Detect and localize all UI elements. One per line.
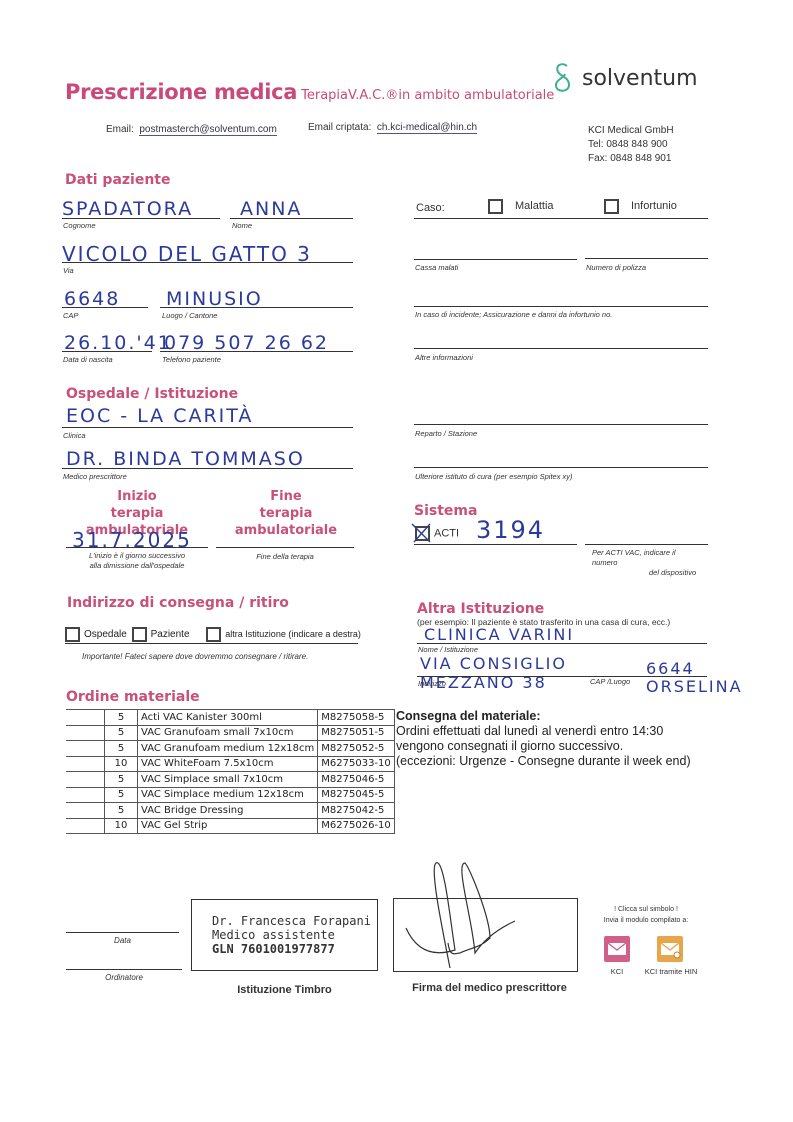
hospital-section-title: Ospedale / Istituzione [66,386,238,402]
other-institution-zipcity-value[interactable]: 6644 ORSELINA [646,660,756,696]
page-title: Prescrizione medicaTerapiaV.A.C.®in ambi… [65,80,554,104]
company-info: KCI Medical GmbH Tel: 0848 848 900 Fax: … [588,124,674,166]
code-cell: M8275051-5 [318,725,395,741]
delivery-section-title: Indirizzo di consegna / ritiro [67,595,289,611]
table-row: 10 VAC WhiteFoam 7.5x10cm M6275033-10 [66,756,394,772]
code-cell: M8275042-5 [318,803,395,819]
institution-stamp-box: Dr. Francesca Forapani Medico assistente… [191,899,378,971]
item-cell: VAC Simplace small 7x10cm [138,772,318,788]
encrypted-email-row: Email criptata: ch.kci-medical@hin.ch [308,122,477,133]
item-cell: VAC Bridge Dressing [138,803,318,819]
solventum-logo-icon [552,62,574,94]
delivery-options: Ospedale Paziente altra Istituzione (ind… [65,627,361,642]
checkbox[interactable] [206,627,221,642]
item-cell: VAC Gel Strip [138,818,318,834]
system-section-title: Sistema [414,503,477,519]
therapy-start-value[interactable]: 31.7.2025 [72,528,192,552]
device-number-value[interactable]: 3194 [476,516,545,544]
patient-section-title: Dati paziente [65,172,171,188]
other-institution-address-value[interactable]: VIA CONSIGLIO MEZZANO 38 [420,654,650,692]
qty-cell[interactable]: 5 [105,710,138,726]
system-option-acti[interactable]: ACTI [415,526,459,541]
qty-cell[interactable]: 5 [105,772,138,788]
email-link[interactable]: postmasterch@solventum.com [139,124,276,136]
email-row: Email: postmasterch@solventum.com [106,124,277,135]
surname-value[interactable]: SPADATORA [62,198,193,220]
qty-cell[interactable]: 5 [105,803,138,819]
delivery-option-paziente[interactable]: Paziente [132,629,190,640]
item-cell: VAC Granufoam medium 12x18cm [138,741,318,757]
page-subtitle: TerapiaV.A.C.®in ambito ambulatoriale [301,88,554,103]
qty-cell[interactable]: 5 [105,741,138,757]
table-row: 5 VAC Simplace medium 12x18cm M8275045-5 [66,787,394,803]
item-cell: VAC WhiteFoam 7.5x10cm [138,756,318,772]
delivery-option-ospedale[interactable]: Ospedale [65,629,127,640]
delivery-info: Consegna del materiale: Ordini effettuat… [396,709,691,769]
qty-cell[interactable]: 5 [105,787,138,803]
item-cell: Acti VAC Kanister 300ml [138,710,318,726]
checkbox[interactable] [488,199,503,214]
code-cell: M8275045-5 [318,787,395,803]
check-mark-icon [410,522,432,544]
code-cell: M6275033-10 [318,756,395,772]
checkbox-checked[interactable] [415,526,430,541]
send-hint: ! Clicca sul simbolo ! Invia il modulo c… [596,904,696,926]
name-value[interactable]: ANNA [240,198,302,220]
other-institution-name-value[interactable]: CLINICA VARINI [424,625,574,644]
code-cell: M8275046-5 [318,772,395,788]
table-row: 5 VAC Bridge Dressing M8275042-5 [66,803,394,819]
doctor-value[interactable]: DR. BINDA TOMMASO [66,448,305,470]
checkbox[interactable] [132,627,147,642]
item-cell: VAC Granufoam small 7x10cm [138,725,318,741]
signature-drawing [400,858,550,978]
solventum-logo: solventum [552,62,698,94]
materials-table: 5 Acti VAC Kanister 300ml M8275058-5 5 V… [66,709,395,834]
qty-cell[interactable]: 5 [105,725,138,741]
send-hin-mail-icon[interactable] [657,936,683,962]
checkbox[interactable] [604,199,619,214]
table-row: 5 VAC Granufoam medium 12x18cm M8275052-… [66,741,394,757]
case-option-malattia[interactable]: Malattia [488,199,554,214]
stamp-text: Dr. Francesca Forapani Medico assistente… [212,914,371,956]
code-cell: M8275052-5 [318,741,395,757]
clinic-value[interactable]: EOC - LA CARITÀ [66,405,253,427]
qty-cell[interactable]: 10 [105,756,138,772]
delivery-option-altra[interactable]: altra Istituzione (indicare a destra) [206,629,361,640]
qty-cell[interactable]: 10 [105,818,138,834]
send-kci-mail-icon[interactable] [604,936,630,962]
encrypted-email-link[interactable]: ch.kci-medical@hin.ch [377,122,477,134]
table-row: 5 VAC Granufoam small 7x10cm M8275051-5 [66,725,394,741]
table-row: 10 VAC Gel Strip M6275026-10 [66,818,394,834]
code-cell: M6275026-10 [318,818,395,834]
code-cell: M8275058-5 [318,710,395,726]
table-row: 5 VAC Simplace small 7x10cm M8275046-5 [66,772,394,788]
table-row: 5 Acti VAC Kanister 300ml M8275058-5 [66,710,394,726]
other-institution-title: Altra Istituzione [417,601,544,617]
therapy-end-title: Fine terapia ambulatoriale [218,488,354,539]
case-label: Caso: [416,202,445,214]
materials-section-title: Ordine materiale [66,689,200,705]
item-cell: VAC Simplace medium 12x18cm [138,787,318,803]
checkbox[interactable] [65,627,80,642]
case-option-infortunio[interactable]: Infortunio [604,199,677,214]
